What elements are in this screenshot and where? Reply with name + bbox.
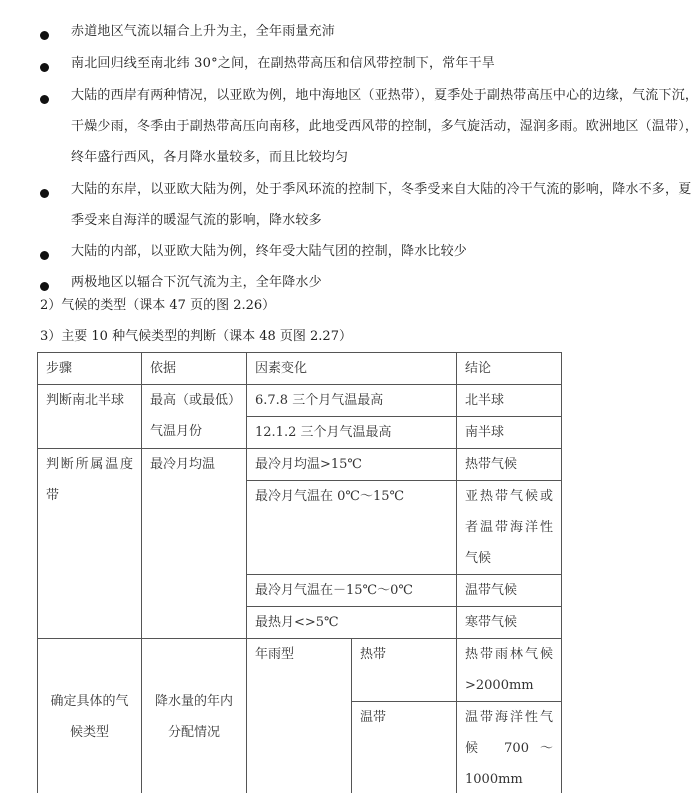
conclusion-cell: 亚热带气候或者温带海洋性气候 [457,481,562,575]
basis-cell: 最冷月均温 [142,449,247,639]
header-basis: 依据 [142,353,247,385]
header-factor: 因素变化 [247,353,457,385]
header-step: 步骤 [38,353,142,385]
conclusion-cell: 南半球 [457,417,562,449]
bullet-text: 大陆的西岸有两种情况，以亚欧为例，地中海地区（亚热带），夏季处于副热带高压中心的… [71,80,700,173]
factor-cell: 6.7.8 三个月气温最高 [247,385,457,417]
table-row: 确定具体的气候类型 降水量的年内分配情况 年雨型 热带 热带雨林气候>2000m… [38,639,562,702]
bullet-text: 南北回归线至南北纬 30°之间，在副热带高压和信风带控制下，常年干旱 [71,48,700,79]
bullet-dot-icon [40,31,49,40]
section-heading-climate-types: 2）气候的类型（课本 47 页的图 2.26） [40,296,275,316]
bullet-dot-icon [40,95,49,104]
factor-cell: 最热月<>5℃ [247,607,457,639]
zone-cell: 温带 [352,702,457,793]
bullet-dot-icon [40,63,49,72]
conclusion-cell: 热带雨林气候>2000mm [457,639,562,702]
conclusion-cell: 寒带气候 [457,607,562,639]
table-row: 判断所属温度带 最冷月均温 最冷月均温>15℃ 热带气候 [38,449,562,481]
climate-judgment-table: 步骤 依据 因素变化 结论 判断南北半球 最高（或最低）气温月份 6.7.8 三… [37,352,562,793]
factor-cell: 最冷月气温在 0℃～15℃ [247,481,457,575]
bullet-text: 大陆的内部，以亚欧大陆为例，终年受大陆气团的控制，降水比较少 [71,236,700,267]
conclusion-cell: 温带气候 [457,575,562,607]
bullet-text: 大陆的东岸，以亚欧大陆为例，处于季风环流的控制下，冬季受来自大陆的冷干气流的影响… [71,174,700,236]
zone-cell: 热带 [352,639,457,702]
factor-cell: 12.1.2 三个月气温最高 [247,417,457,449]
conclusion-cell: 温带海洋性气候 700～1000mm [457,702,562,793]
basis-cell: 最高（或最低）气温月份 [142,385,247,449]
basis-cell: 降水量的年内分配情况 [142,639,247,793]
conclusion-cell: 北半球 [457,385,562,417]
bullet-text: 赤道地区气流以辐合上升为主，全年雨量充沛 [71,16,700,47]
factor-cell: 最冷月均温>15℃ [247,449,457,481]
step-cell: 判断南北半球 [38,385,142,449]
step-cell: 判断所属温度带 [38,449,142,639]
bullet-dot-icon [40,282,49,291]
table-header-row: 步骤 依据 因素变化 结论 [38,353,562,385]
header-conclusion: 结论 [457,353,562,385]
bullet-dot-icon [40,251,49,260]
step-cell: 确定具体的气候类型 [38,639,142,793]
bullet-text: 两极地区以辐合下沉气流为主，全年降水少 [71,267,700,298]
section-heading-climate-judgment: 3）主要 10 种气候类型的判断（课本 48 页图 2.27） [40,327,352,347]
conclusion-cell: 热带气候 [457,449,562,481]
table-row: 判断南北半球 最高（或最低）气温月份 6.7.8 三个月气温最高 北半球 [38,385,562,417]
bullet-dot-icon [40,189,49,198]
rain-type-cell: 年雨型 [247,639,352,793]
factor-cell: 最冷月气温在－15℃～0℃ [247,575,457,607]
